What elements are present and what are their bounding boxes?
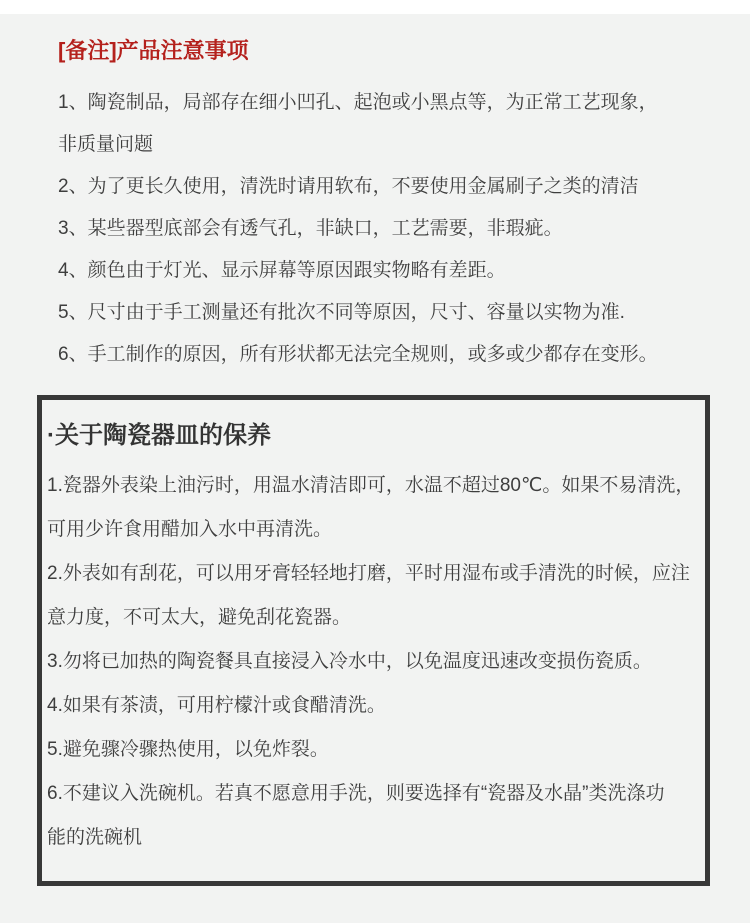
notice-section-title: [备注]产品注意事项 (58, 38, 750, 64)
notice-item-4: 4、颜色由于灯光、显示屏幕等原因跟实物略有差距。 (58, 250, 750, 292)
notice-item-6: 6、手工制作的原因，所有形状都无法完全规则，或多或少都存在变形。 (58, 334, 750, 376)
care-list: 1.瓷器外表染上油污时，用温水清洁即可，水温不超过80℃。如果不易清洗， 可用少… (47, 464, 699, 860)
notice-item-2: 2、为了更长久使用，清洗时请用软布，不要使用金属刷子之类的清洁 (58, 166, 750, 208)
care-item-4: 4.如果有茶渍，可用柠檬汁或食醋清洗。 (47, 684, 699, 728)
care-item-5: 5.避免骤冷骤热使用，以免炸裂。 (47, 728, 699, 772)
care-item-2-line-1: 2.外表如有刮花，可以用牙膏轻轻地打磨，平时用湿布或手清洗的时候，应注 (47, 552, 699, 596)
care-item-2-line-2: 意力度，不可太大，避免刮花瓷器。 (47, 596, 699, 640)
notice-list: 1、陶瓷制品，局部存在细小凹孔、起泡或小黑点等，为正常工艺现象， 非质量问题 2… (58, 82, 750, 376)
care-item-6-line-2: 能的洗碗机 (47, 816, 699, 860)
notice-item-1-line-2: 非质量问题 (58, 124, 750, 166)
notice-item-5: 5、尺寸由于手工测量还有批次不同等原因，尺寸、容量以实物为准. (58, 292, 750, 334)
top-white-strip (0, 0, 750, 14)
care-item-3: 3.勿将已加热的陶瓷餐具直接浸入冷水中，以免温度迅速改变损伤瓷质。 (47, 640, 699, 684)
care-item-1-line-1: 1.瓷器外表染上油污时，用温水清洁即可，水温不超过80℃。如果不易清洗， (47, 464, 699, 508)
notice-item-3: 3、某些器型底部会有透气孔，非缺口，工艺需要，非瑕疵。 (58, 208, 750, 250)
care-item-1-line-2: 可用少许食用醋加入水中再清洗。 (47, 508, 699, 552)
care-box-title: ·关于陶瓷器皿的保养 (47, 420, 699, 452)
notice-item-1-line-1: 1、陶瓷制品，局部存在细小凹孔、起泡或小黑点等，为正常工艺现象， (58, 82, 750, 124)
care-item-6-line-1: 6.不建议入洗碗机。若真不愿意用手洗，则要选择有“瓷器及水晶”类洗涤功 (47, 772, 699, 816)
care-instructions-box: ·关于陶瓷器皿的保养 1.瓷器外表染上油污时，用温水清洁即可，水温不超过80℃。… (37, 395, 710, 886)
